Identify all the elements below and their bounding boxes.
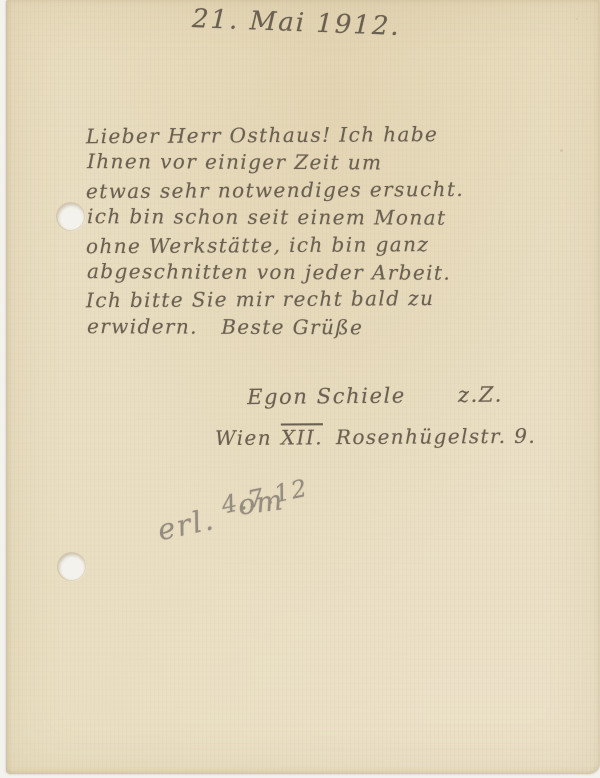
- paper-speck: [560, 149, 563, 152]
- body-line: abgeschnitten von jeder Arbeit.: [87, 258, 487, 287]
- address-city: Wien: [215, 426, 272, 450]
- address-street: Rosenhügelstr. 9.: [336, 424, 536, 449]
- body-line: Ich bitte Sie mir recht bald zu: [86, 285, 486, 315]
- punch-hole-top: [57, 203, 84, 230]
- body-line: ich bin schon seit einem Monat: [87, 203, 487, 232]
- punch-hole-bottom: [58, 553, 85, 580]
- letter-body: Lieber Herr Osthaus! Ich habe Ihnen vor …: [86, 122, 486, 341]
- pencil-note-initials: om: [236, 483, 285, 521]
- address-district: XII.: [281, 425, 323, 449]
- paper-speck: [576, 18, 578, 20]
- pencil-note-text: erl.: [155, 502, 218, 547]
- body-line: etwas sehr notwendiges ersucht.: [86, 176, 486, 206]
- body-line: Lieber Herr Osthaus! Ich habe: [86, 121, 486, 151]
- body-line: Ihnen vor einiger Zeit um: [87, 149, 487, 178]
- body-line: erwidern. Beste Grüße: [87, 313, 487, 342]
- scanned-letter: 21. Mai 1912. Lieber Herr Osthaus! Ich h…: [0, 0, 600, 778]
- body-line: ohne Werkstätte, ich bin ganz: [86, 230, 486, 260]
